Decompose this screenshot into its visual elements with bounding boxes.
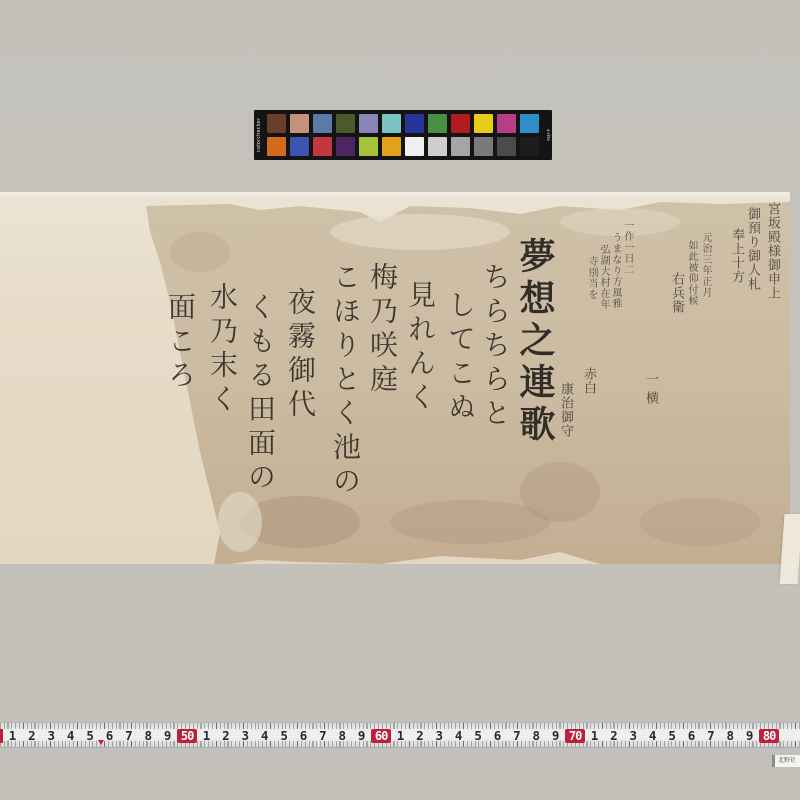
ruler-number: 7 — [507, 729, 527, 743]
ruler-number: 6 — [294, 729, 314, 743]
calligraphy-column: 奉上十方 — [730, 228, 743, 284]
ruler-number: 1 — [391, 729, 411, 743]
calligraphy-column: 元治三年正月 — [700, 232, 710, 298]
ruler-number: 1 — [585, 729, 605, 743]
archive-label-tag: 北野社 — [772, 755, 800, 767]
color-swatch — [313, 114, 332, 133]
calligraphy-column: してこぬ — [446, 290, 474, 426]
color-swatch — [359, 137, 378, 156]
color-swatch — [382, 114, 401, 133]
calligraphy-column: 梅乃咲庭 — [368, 262, 396, 398]
color-swatch — [428, 114, 447, 133]
color-swatch — [474, 137, 493, 156]
calligraphy-column: 見れんく — [406, 280, 434, 416]
ruler-number: 2 — [216, 729, 236, 743]
ruler-number: 3 — [41, 729, 61, 743]
ruler-number: 6 — [682, 729, 702, 743]
color-swatch — [290, 114, 309, 133]
ruler-number: 2 — [604, 729, 624, 743]
ruler-number: 4 — [643, 729, 663, 743]
ruler-number: 50 — [177, 729, 197, 743]
calligraphy-column: 夜霧御代 — [286, 287, 314, 423]
ruler-number: 3 — [429, 729, 449, 743]
calligraphy-column: 水乃末く — [208, 282, 236, 418]
calligraphy-column: うまなり方風雅 — [610, 232, 620, 309]
ruler-number: 60 — [371, 729, 391, 743]
ruler-number: 7 — [701, 729, 721, 743]
calligraphy-column: 一作一日二 — [622, 220, 632, 275]
ruler-number: 6 — [488, 729, 508, 743]
color-swatch — [359, 114, 378, 133]
ruler-number: 9 — [546, 729, 566, 743]
ruler-number: 2 — [22, 729, 42, 743]
color-swatch — [451, 137, 470, 156]
calligraphy-column: 寺別当を — [586, 256, 596, 300]
calligraphy-column: 一 横 — [644, 372, 657, 405]
ruler-number: 4 — [255, 729, 275, 743]
ruler-number: 9 — [740, 729, 760, 743]
measuring-tape-ruler: 1234567895012345678960123456789701234567… — [0, 722, 800, 748]
color-checker-card: colorchecker x-rite — [254, 110, 552, 160]
color-checker-brand: colorchecker — [256, 114, 266, 156]
calligraphy-column: こほりとく池の — [331, 262, 359, 500]
color-swatch — [313, 137, 332, 156]
color-swatch — [497, 137, 516, 156]
calligraphy-column: ちらちらと — [481, 262, 509, 432]
color-swatch — [451, 114, 470, 133]
ruler-number: 7 — [119, 729, 139, 743]
color-swatch — [336, 137, 355, 156]
ruler-number: 8 — [720, 729, 740, 743]
calligraphy-column: 宮坂殿様御申上 — [766, 202, 779, 300]
color-swatch — [405, 114, 424, 133]
ruler-number: 5 — [662, 729, 682, 743]
ruler-number: 5 — [468, 729, 488, 743]
ruler-number: 3 — [623, 729, 643, 743]
calligraphy-column: 面ころ — [166, 292, 194, 394]
color-swatch — [267, 137, 286, 156]
ruler-number: 8 — [332, 729, 352, 743]
color-swatch — [520, 114, 539, 133]
calligraphy-column: 赤白 — [582, 367, 595, 395]
calligraphy-column: 右兵衛 — [670, 272, 683, 314]
ruler-number: 4 — [449, 729, 469, 743]
color-swatch — [336, 114, 355, 133]
calligraphy-column: くもる田面の — [246, 292, 274, 496]
calligraphy-column: 康治御守 — [559, 382, 572, 438]
color-swatch — [428, 137, 447, 156]
ruler-number: 8 — [526, 729, 546, 743]
ruler-pointer-icon — [98, 740, 104, 745]
color-swatch — [520, 137, 539, 156]
ruler-number: 4 — [61, 729, 81, 743]
ruler-number: 9 — [352, 729, 372, 743]
ruler-number: 5 — [274, 729, 294, 743]
xrite-logo-icon: x-rite — [542, 114, 550, 156]
color-swatch — [290, 137, 309, 156]
ruler-number: 9 — [158, 729, 178, 743]
ruler-number: 7 — [313, 729, 333, 743]
ruler-number: 1 — [3, 729, 23, 743]
ruler-number: 8 — [138, 729, 158, 743]
calligraphy-column: 如此被仰付候 — [686, 240, 696, 306]
ruler-number: 2 — [410, 729, 430, 743]
calligraphy-column: 夢想之連歌 — [517, 237, 553, 447]
manuscript-scroll: 宮坂殿様御申上御預り御人札奉上十方元治三年正月如此被仰付候右兵衛一 横一作一日二… — [0, 192, 800, 564]
color-swatch — [267, 114, 286, 133]
color-swatch-grid — [267, 114, 539, 156]
ruler-number: 1 — [197, 729, 217, 743]
calligraphy-column: 弘湖大村在年 — [598, 244, 608, 310]
ruler-number: 70 — [565, 729, 585, 743]
color-swatch — [497, 114, 516, 133]
color-swatch — [474, 114, 493, 133]
ruler-number: 80 — [759, 729, 779, 743]
color-swatch — [405, 137, 424, 156]
calligraphy-text-area: 宮坂殿様御申上御預り御人札奉上十方元治三年正月如此被仰付候右兵衛一 横一作一日二… — [0, 192, 800, 564]
ruler-number: 3 — [235, 729, 255, 743]
color-swatch — [382, 137, 401, 156]
calligraphy-column: 御預り御人札 — [746, 207, 759, 291]
